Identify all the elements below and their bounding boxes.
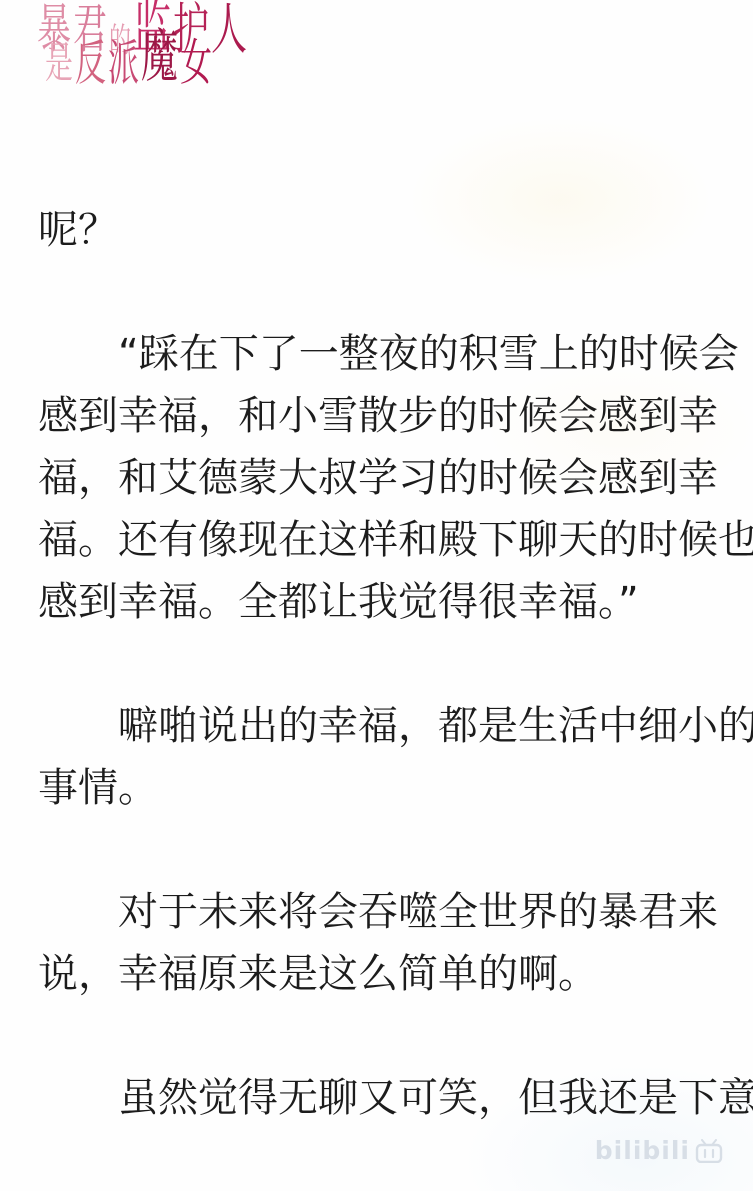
text-line: 呢？ <box>38 199 715 261</box>
text-line: 事情。 <box>38 757 715 819</box>
text-line: 感到幸福。全都让我觉得很幸福。” <box>38 571 715 633</box>
text-line: 福。还有像现在这样和殿下聊天的时候也 <box>38 509 715 571</box>
series-logo: 暴君的监护人 是反派魔女 <box>36 20 248 87</box>
paragraph: 呢？ <box>38 199 715 261</box>
text-line: 对于未来将会吞噬全世界的暴君来 <box>38 881 715 943</box>
text-line: 福，和艾德蒙大叔学习的时候会感到幸 <box>38 447 715 509</box>
text-line: 噼啪说出的幸福，都是生活中细小的 <box>38 695 715 757</box>
paragraph: 虽然觉得无聊又可笑，但我还是下意 <box>38 1067 715 1129</box>
text-line: 感到幸福，和小雪散步的时候会感到幸 <box>38 385 715 447</box>
logo-character: 人 <box>210 2 248 58</box>
text-line: 说，幸福原来是这么简单的啊。 <box>38 943 715 1005</box>
paragraph: 对于未来将会吞噬全世界的暴君来说，幸福原来是这么简单的啊。 <box>38 881 715 1005</box>
text-line: 虽然觉得无聊又可笑，但我还是下意 <box>38 1067 715 1129</box>
bilibili-tv-icon <box>695 1139 723 1163</box>
paragraph: 噼啪说出的幸福，都是生活中细小的事情。 <box>38 695 715 819</box>
logo-character: 魔 <box>140 30 179 87</box>
bilibili-wordmark: bilibili <box>595 1138 690 1163</box>
reader-content[interactable]: 呢？“踩在下了一整夜的积雪上的时候会感到幸福，和小雪散步的时候会感到幸福，和艾德… <box>38 199 715 1129</box>
bilibili-watermark: bilibili <box>595 1138 723 1163</box>
logo-character: 反 <box>74 39 107 87</box>
text-line: “踩在下了一整夜的积雪上的时候会 <box>38 323 715 385</box>
logo-character: 女 <box>179 37 213 87</box>
logo-character: 派 <box>107 39 140 87</box>
logo-character: 是 <box>44 44 74 87</box>
paragraph: “踩在下了一整夜的积雪上的时候会感到幸福，和小雪散步的时候会感到幸福，和艾德蒙大… <box>38 323 715 633</box>
